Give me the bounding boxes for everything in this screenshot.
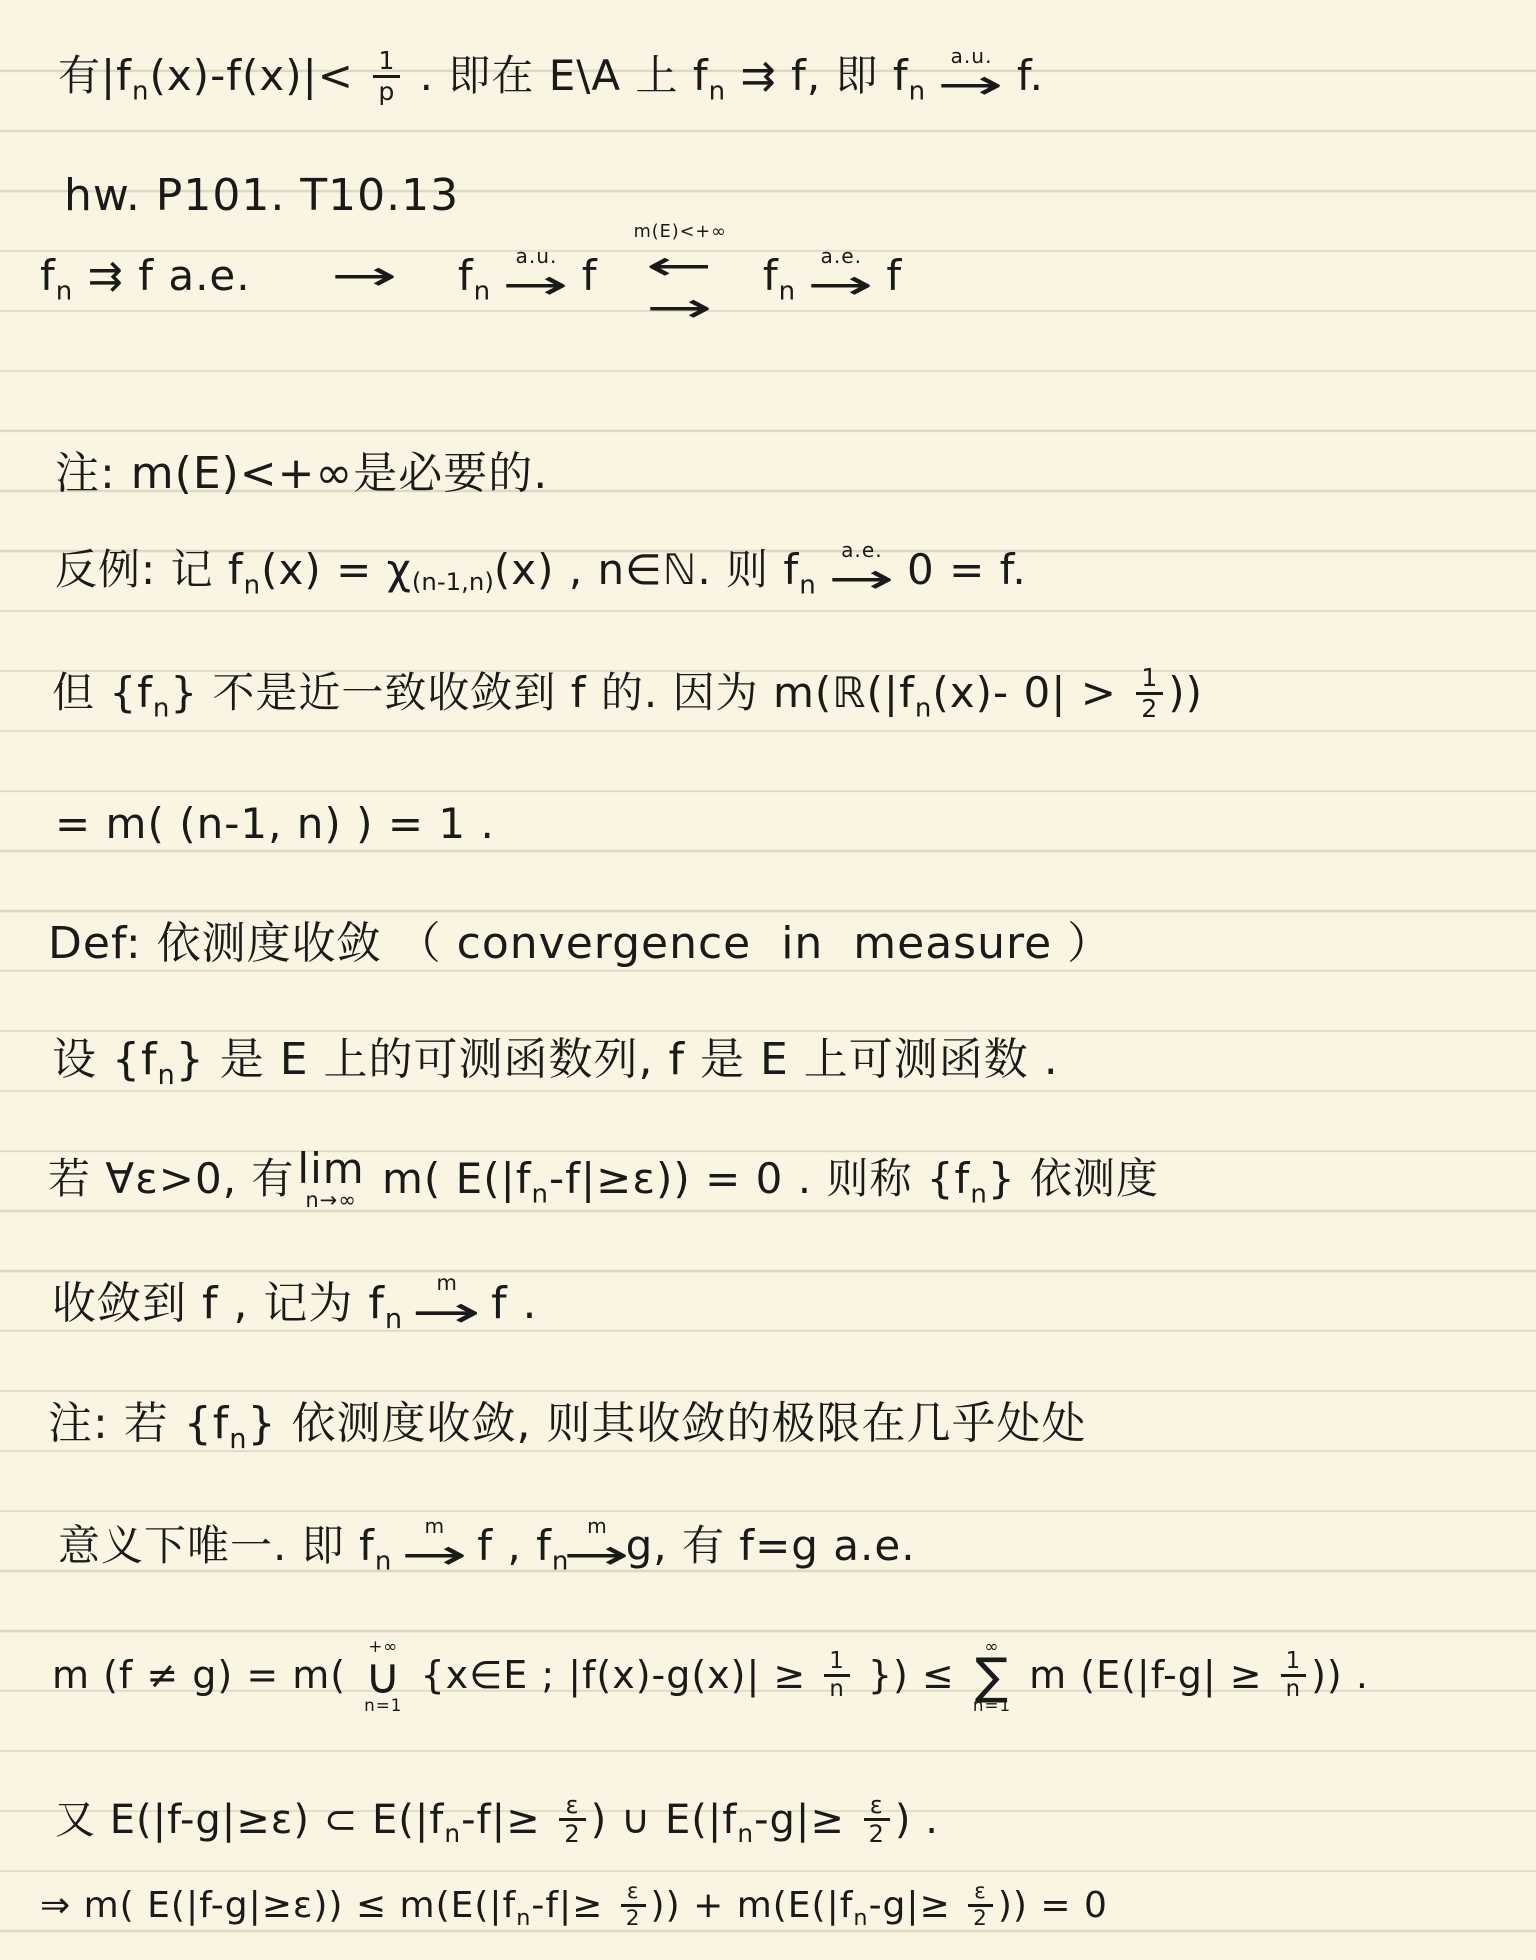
fraction-denominator: 2 — [559, 1818, 585, 1847]
text-run: )) = 0 — [998, 1883, 1108, 1928]
math-fraction: 1p — [373, 47, 400, 105]
right-arrow-icon: → — [827, 558, 896, 600]
fraction-denominator: 2 — [621, 1904, 646, 1931]
fraction-numerator: ε — [565, 1792, 579, 1818]
subscript-n: n — [153, 693, 171, 723]
line-definition-setup: 设 {fn} 是 E 上的可测函数列, f 是 E 上可测函数 . — [52, 1032, 1059, 1087]
text-run: }) ≤ — [855, 1652, 968, 1700]
text-run: fn — [741, 250, 811, 303]
left-arrow-icon: ← — [646, 245, 715, 287]
subscript-n: n — [970, 1180, 988, 1210]
right-arrow-icon: → — [646, 287, 715, 329]
labeled-arrow: m→ — [579, 1516, 615, 1576]
line-union-bound: m (f ≠ g) = m( +∞∪n=1 {x∈E ; |f(x)-g(x)|… — [52, 1638, 1369, 1713]
line-definition-title: Def: 依测度收敛 （ convergence in measure ） — [48, 916, 1112, 971]
subscript-n: n — [244, 570, 262, 600]
text-run: fn ⇉ f a.e. — [40, 250, 337, 303]
fraction-numerator: 1 — [829, 1649, 845, 1674]
subscript-n: n — [915, 693, 933, 723]
text-run: (x) , n∈ℕ. 则 fn — [494, 544, 831, 597]
text-run: 注: 若 {fn} 依测度收敛, 则其收敛的极限在几乎处处 — [48, 1396, 1087, 1451]
limit-word: lim — [297, 1148, 364, 1190]
operator-lower-limit: n=1 — [364, 1697, 402, 1714]
bidirectional-arrow: m(E)<+∞←→ — [634, 224, 727, 329]
subscript-n: n — [229, 1424, 247, 1455]
fraction-numerator: ε — [627, 1880, 640, 1904]
text-run: Def: 依测度收敛 （ convergence in measure ） — [48, 916, 1112, 971]
text-run: )) . — [1311, 1652, 1369, 1700]
text-run: f , fn — [463, 1520, 569, 1573]
subscript-n: n — [56, 277, 74, 307]
fraction-denominator: 2 — [864, 1818, 890, 1847]
big-operator: +∞∪n=1 — [364, 1638, 402, 1713]
right-arrow-icon: → — [937, 64, 1006, 106]
text-run: f — [872, 250, 902, 303]
math-fraction: ε2 — [621, 1880, 646, 1931]
fraction-numerator: 1 — [1286, 1649, 1302, 1674]
text-run: 设 {fn} 是 E 上的可测函数列, f 是 E 上可测函数 . — [52, 1032, 1059, 1087]
limit-operator: limn→∞ — [297, 1148, 364, 1211]
line-final-estimate: ⇒ m( E(|f-g|≥ε)) ≤ m(E(|fn-f|≥ ε2)) + m(… — [40, 1880, 1108, 1931]
text-run: {x∈E ; |f(x)-g(x)| ≥ — [407, 1652, 819, 1700]
text-run: 又 E(|f-g|≥ε) ⊂ E(|fn-f|≥ — [55, 1795, 554, 1845]
subscript-n: n — [853, 1905, 868, 1931]
operator-symbol: ∪ — [365, 1655, 402, 1697]
big-operator: ∞∑n=1 — [973, 1638, 1011, 1713]
labeled-arrow: m→ — [417, 1516, 453, 1576]
text-run: ) . — [895, 1795, 939, 1845]
labeled-arrow: a.u.→ — [951, 46, 993, 106]
subscript-n: n — [132, 76, 150, 106]
subscript-n: n — [474, 277, 492, 307]
text-run: m (f ≠ g) = m( — [52, 1652, 359, 1700]
labeled-arrow: → — [347, 255, 383, 297]
subscript-n: n — [709, 76, 727, 106]
fraction-numerator: ε — [870, 1792, 884, 1818]
text-run: 若 ∀ε>0, 有 — [48, 1153, 294, 1206]
line-definition-condition: 若 ∀ε>0, 有limn→∞ m( E(|fn-f|≥ε)) = 0 . 则称… — [48, 1148, 1159, 1211]
text-run: . 即在 E\A 上 fn ⇉ f, 即 fn — [405, 50, 940, 103]
subscript-n: n — [779, 277, 797, 307]
text-run: = m( (n-1, n) ) = 1 . — [55, 798, 495, 851]
text-run: ⇒ m( E(|f-g|≥ε)) ≤ m(E(|fn-f|≥ — [40, 1883, 616, 1928]
fraction-numerator: 1 — [1141, 664, 1158, 692]
subscript-n: n — [737, 1819, 754, 1848]
right-arrow-icon: → — [400, 1534, 469, 1576]
right-arrow-icon: → — [807, 264, 876, 306]
text-run: f. — [1002, 50, 1043, 103]
subscript-n: n — [532, 1180, 550, 1210]
math-fraction: ε2 — [864, 1792, 890, 1848]
line-definition-notation: 收敛到 f , 记为 fn m→ f . — [52, 1272, 538, 1335]
line-au-conclusion: 有|fn(x)-f(x)|< 1p . 即在 E\A 上 fn ⇉ f, 即 f… — [58, 46, 1044, 106]
line-counterexample: 反例: 记 fn(x) = χ(n-1,n)(x) , n∈ℕ. 则 fn a.… — [55, 540, 1027, 600]
text-run: hw. P101. T10.13 — [64, 168, 459, 223]
text-run: m( E(|fn-f|≥ε)) = 0 . 则称 {fn} 依测度 — [368, 1153, 1159, 1206]
right-arrow-icon: → — [502, 264, 571, 306]
subscript-n: n — [516, 1905, 531, 1931]
line-subset-relation: 又 E(|f-g|≥ε) ⊂ E(|fn-f|≥ ε2) ∪ E(|fn-g|≥… — [55, 1792, 939, 1848]
text-run: 注: m(E)<+∞是必要的. — [55, 446, 548, 501]
fraction-numerator: 1 — [378, 47, 395, 75]
math-fraction: ε2 — [559, 1792, 585, 1848]
text-run: 意义下唯一. 即 fn — [58, 1520, 407, 1573]
line-counterexample-reason: 但 {fn} 不是近一致收敛到 f 的. 因为 m(ℝ(|fn(x)- 0| >… — [52, 664, 1203, 722]
labeled-arrow: a.e.→ — [841, 540, 883, 600]
subscript-n: n — [385, 1304, 403, 1335]
text-run: )) + m(E(|fn-g|≥ — [651, 1883, 964, 1928]
text-run: f . — [476, 1276, 537, 1331]
labeled-arrow: a.e.→ — [821, 246, 863, 306]
text-run: 有|fn(x)-f(x)|< — [58, 50, 368, 103]
right-arrow-icon: → — [330, 255, 399, 297]
math-fraction: 12 — [1136, 664, 1163, 722]
fraction-denominator: n — [824, 1674, 849, 1702]
math-fraction: 1n — [1281, 1649, 1306, 1702]
text-run: 但 {fn} 不是近一致收敛到 f 的. 因为 m(ℝ(|fn(x)- 0| > — [52, 667, 1131, 720]
text-run: 0 = f. — [893, 544, 1027, 597]
text-run: 收敛到 f , 记为 fn — [52, 1276, 418, 1331]
limit-subscript: n→∞ — [305, 1190, 356, 1211]
text-run: fn — [393, 250, 506, 303]
operator-lower-limit: n=1 — [973, 1697, 1011, 1714]
fraction-denominator: p — [373, 75, 400, 106]
fraction-denominator: 2 — [1136, 692, 1163, 723]
subscript-n: n — [909, 76, 927, 106]
fraction-denominator: 2 — [968, 1904, 993, 1931]
text-run: ) ∪ E(|fn-g|≥ — [591, 1795, 859, 1845]
operator-symbol: ∑ — [975, 1655, 1009, 1697]
line-homework-ref: hw. P101. T10.13 — [64, 168, 459, 223]
right-arrow-icon: → — [563, 1534, 632, 1576]
labeled-arrow: a.u.→ — [515, 246, 557, 306]
line-implication-diagram: fn ⇉ f a.e. → fn a.u.→ f m(E)<+∞←→ fn a.… — [40, 224, 902, 329]
text-run: g, 有 f=g a.e. — [626, 1520, 916, 1573]
line-uniqueness-remark: 注: 若 {fn} 依测度收敛, 则其收敛的极限在几乎处处 — [48, 1396, 1087, 1451]
math-fraction: 1n — [824, 1649, 849, 1702]
subscript-n: n — [799, 570, 817, 600]
fraction-numerator: ε — [974, 1880, 987, 1904]
fraction-denominator: n — [1281, 1674, 1306, 1702]
text-run: m (E(|f-g| ≥ — [1016, 1652, 1276, 1700]
subscript-text: (n-1,n) — [412, 567, 494, 597]
text-run: 反例: 记 fn(x) = χ — [55, 544, 412, 597]
text-run: )) — [1168, 667, 1203, 720]
line-measure-equals-one: = m( (n-1, n) ) = 1 . — [55, 798, 495, 851]
notebook-page: 有|fn(x)-f(x)|< 1p . 即在 E\A 上 fn ⇉ f, 即 f… — [0, 0, 1536, 1960]
text-run: f — [567, 250, 619, 303]
line-uniqueness-statement: 意义下唯一. 即 fn m→ f , fnm→g, 有 f=g a.e. — [58, 1516, 916, 1576]
right-arrow-icon: → — [411, 1291, 483, 1335]
subscript-n: n — [444, 1819, 461, 1848]
math-fraction: ε2 — [968, 1880, 993, 1931]
labeled-arrow: m→ — [428, 1272, 466, 1335]
subscript-n: n — [375, 1546, 393, 1576]
subscript-n: n — [157, 1060, 175, 1091]
line-remark-finite-measure: 注: m(E)<+∞是必要的. — [55, 446, 548, 501]
arrow-condition-label: m(E)<+∞ — [634, 224, 727, 241]
